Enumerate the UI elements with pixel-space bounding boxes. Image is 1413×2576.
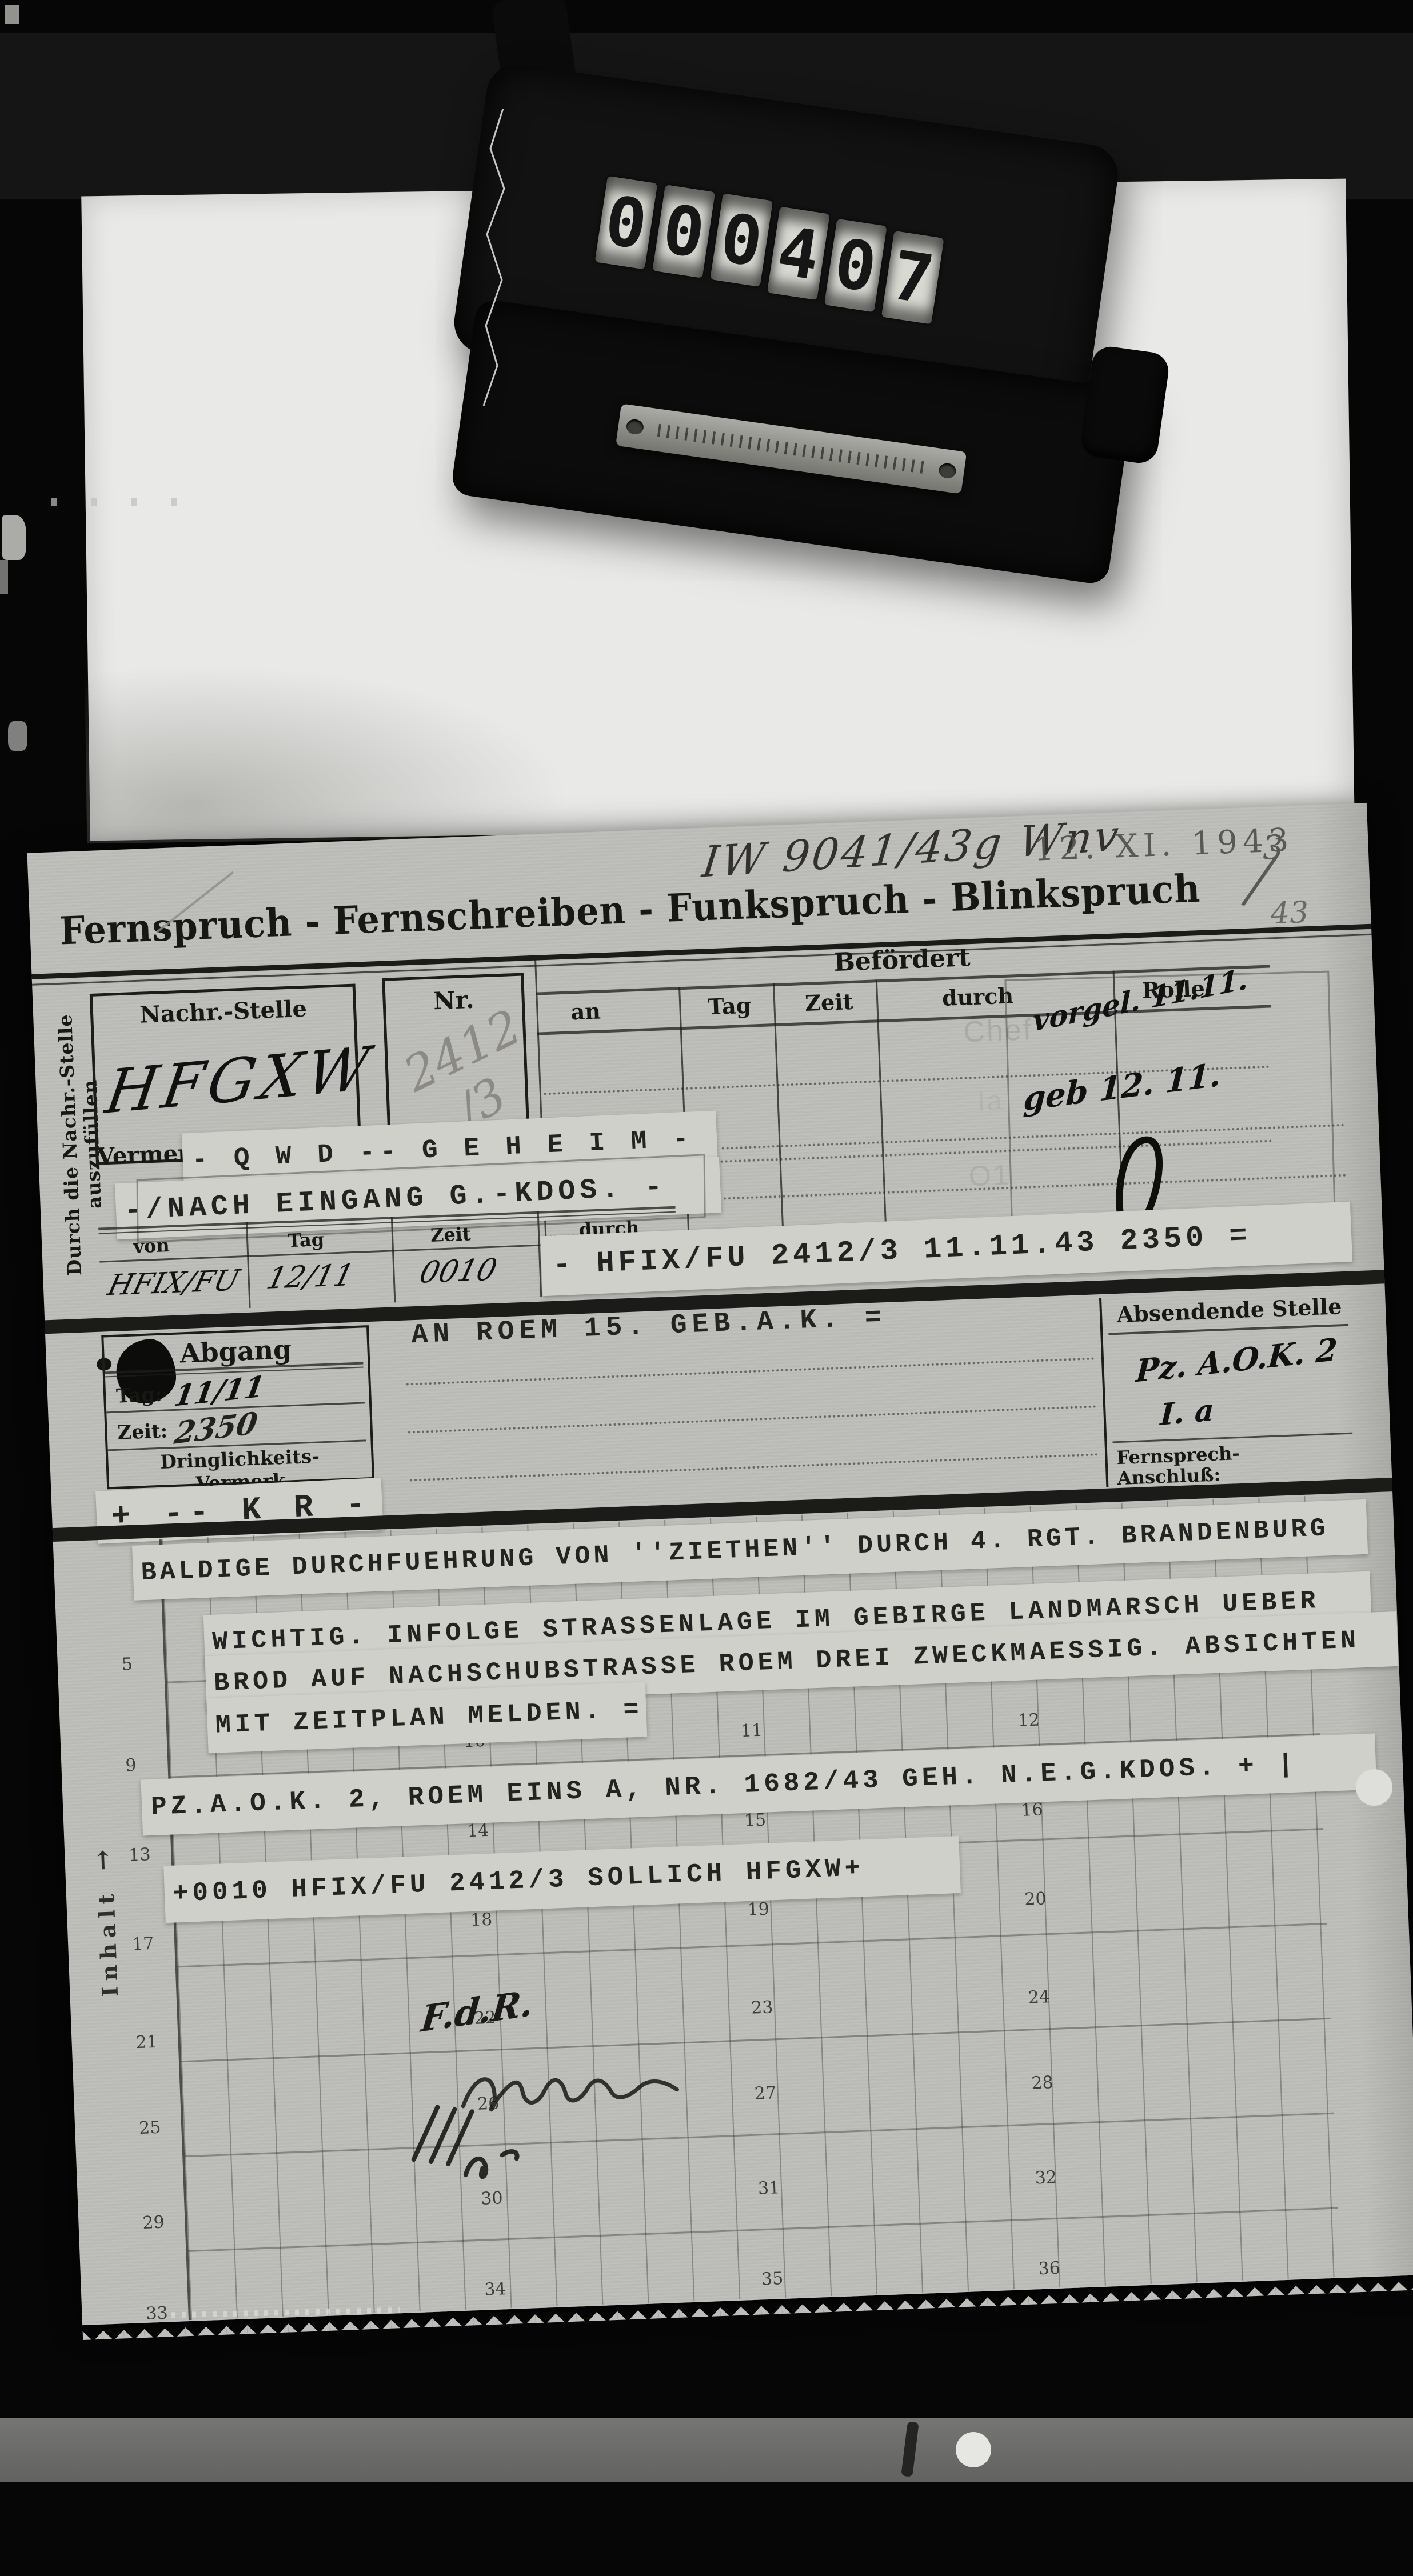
film-scratch-line	[480, 109, 549, 429]
initials-scribble	[394, 2086, 546, 2195]
counter-digit: 4	[767, 207, 830, 300]
grid-line-horizontal	[178, 1923, 1327, 1967]
counter-digit: 0	[710, 193, 773, 286]
screw-icon	[625, 418, 644, 435]
film-corner-scratch	[5, 5, 19, 24]
counter-digit: 0	[652, 185, 715, 278]
grid-line-horizontal	[181, 2018, 1331, 2062]
counter-knob[interactable]	[1079, 344, 1171, 465]
grid-cell-number: 11	[740, 1721, 763, 1741]
grid-cell-number: 23	[751, 1997, 773, 2018]
grid-cell-number: 20	[1024, 1889, 1047, 1909]
grid-row-number: 21	[135, 2032, 158, 2053]
screw-icon	[938, 462, 957, 479]
grid-cell-number: 31	[757, 2178, 780, 2198]
grid-row-number: 33	[146, 2303, 168, 2323]
film-margin-dots	[51, 498, 183, 506]
grid-row-number: 29	[142, 2213, 165, 2233]
grid-line-horizontal	[185, 2113, 1334, 2157]
grid-line-vertical	[162, 1539, 192, 2320]
photo-paper-shading	[85, 648, 602, 844]
film-margin-mark	[8, 721, 27, 751]
grid-cell-number: 28	[1031, 2073, 1053, 2093]
microfilm-background: 0 0 0 4 0 7 IW 9041/43g Wnv 12. XI. 1943…	[0, 0, 1413, 2576]
grid-row-number: 5	[121, 1654, 133, 1675]
grid-cell-number: 36	[1038, 2258, 1060, 2279]
grid-row-number: 13	[129, 1845, 151, 1865]
grid-cell-number: 12	[1017, 1710, 1040, 1731]
grid-cell-number: 30	[481, 2188, 503, 2209]
grid-cell-number: 35	[761, 2269, 783, 2289]
grid-row-number: 9	[125, 1755, 137, 1776]
grid-row-number: 25	[139, 2118, 161, 2138]
grid-cell-number: 16	[1021, 1799, 1043, 1820]
grid-line-horizontal	[188, 2207, 1338, 2252]
grid-cell-number: 24	[1028, 1987, 1050, 2007]
film-edge-band	[0, 2418, 1413, 2482]
film-margin-mark	[2, 515, 26, 560]
grid-cell-number: 27	[754, 2083, 776, 2103]
inhalt-arrow-icon: ↑	[92, 1846, 114, 1875]
punch-hole	[956, 2432, 991, 2467]
grid-cell-number: 32	[1035, 2167, 1057, 2188]
grid-cell-number: 14	[467, 1821, 489, 1841]
film-margin-mark	[0, 560, 8, 594]
funkspruch-form: IW 9041/43g Wnv 12. XI. 1943 Fernspruch …	[27, 803, 1413, 2325]
grid-cell-number: 15	[744, 1810, 766, 1831]
counter-digit: 0	[824, 219, 887, 312]
grid-cell-number: 34	[484, 2279, 506, 2299]
edge-punch-hole	[1356, 1769, 1392, 1806]
grid-cell-number: 19	[747, 1899, 769, 1919]
grid-row-number: 17	[132, 1934, 154, 1954]
inhalt-label: Inhalt	[93, 1885, 123, 2001]
message-line-4: MIT ZEITPLAN MELDEN. =	[207, 1695, 643, 1741]
grid-cell-number: 18	[470, 1910, 492, 1930]
